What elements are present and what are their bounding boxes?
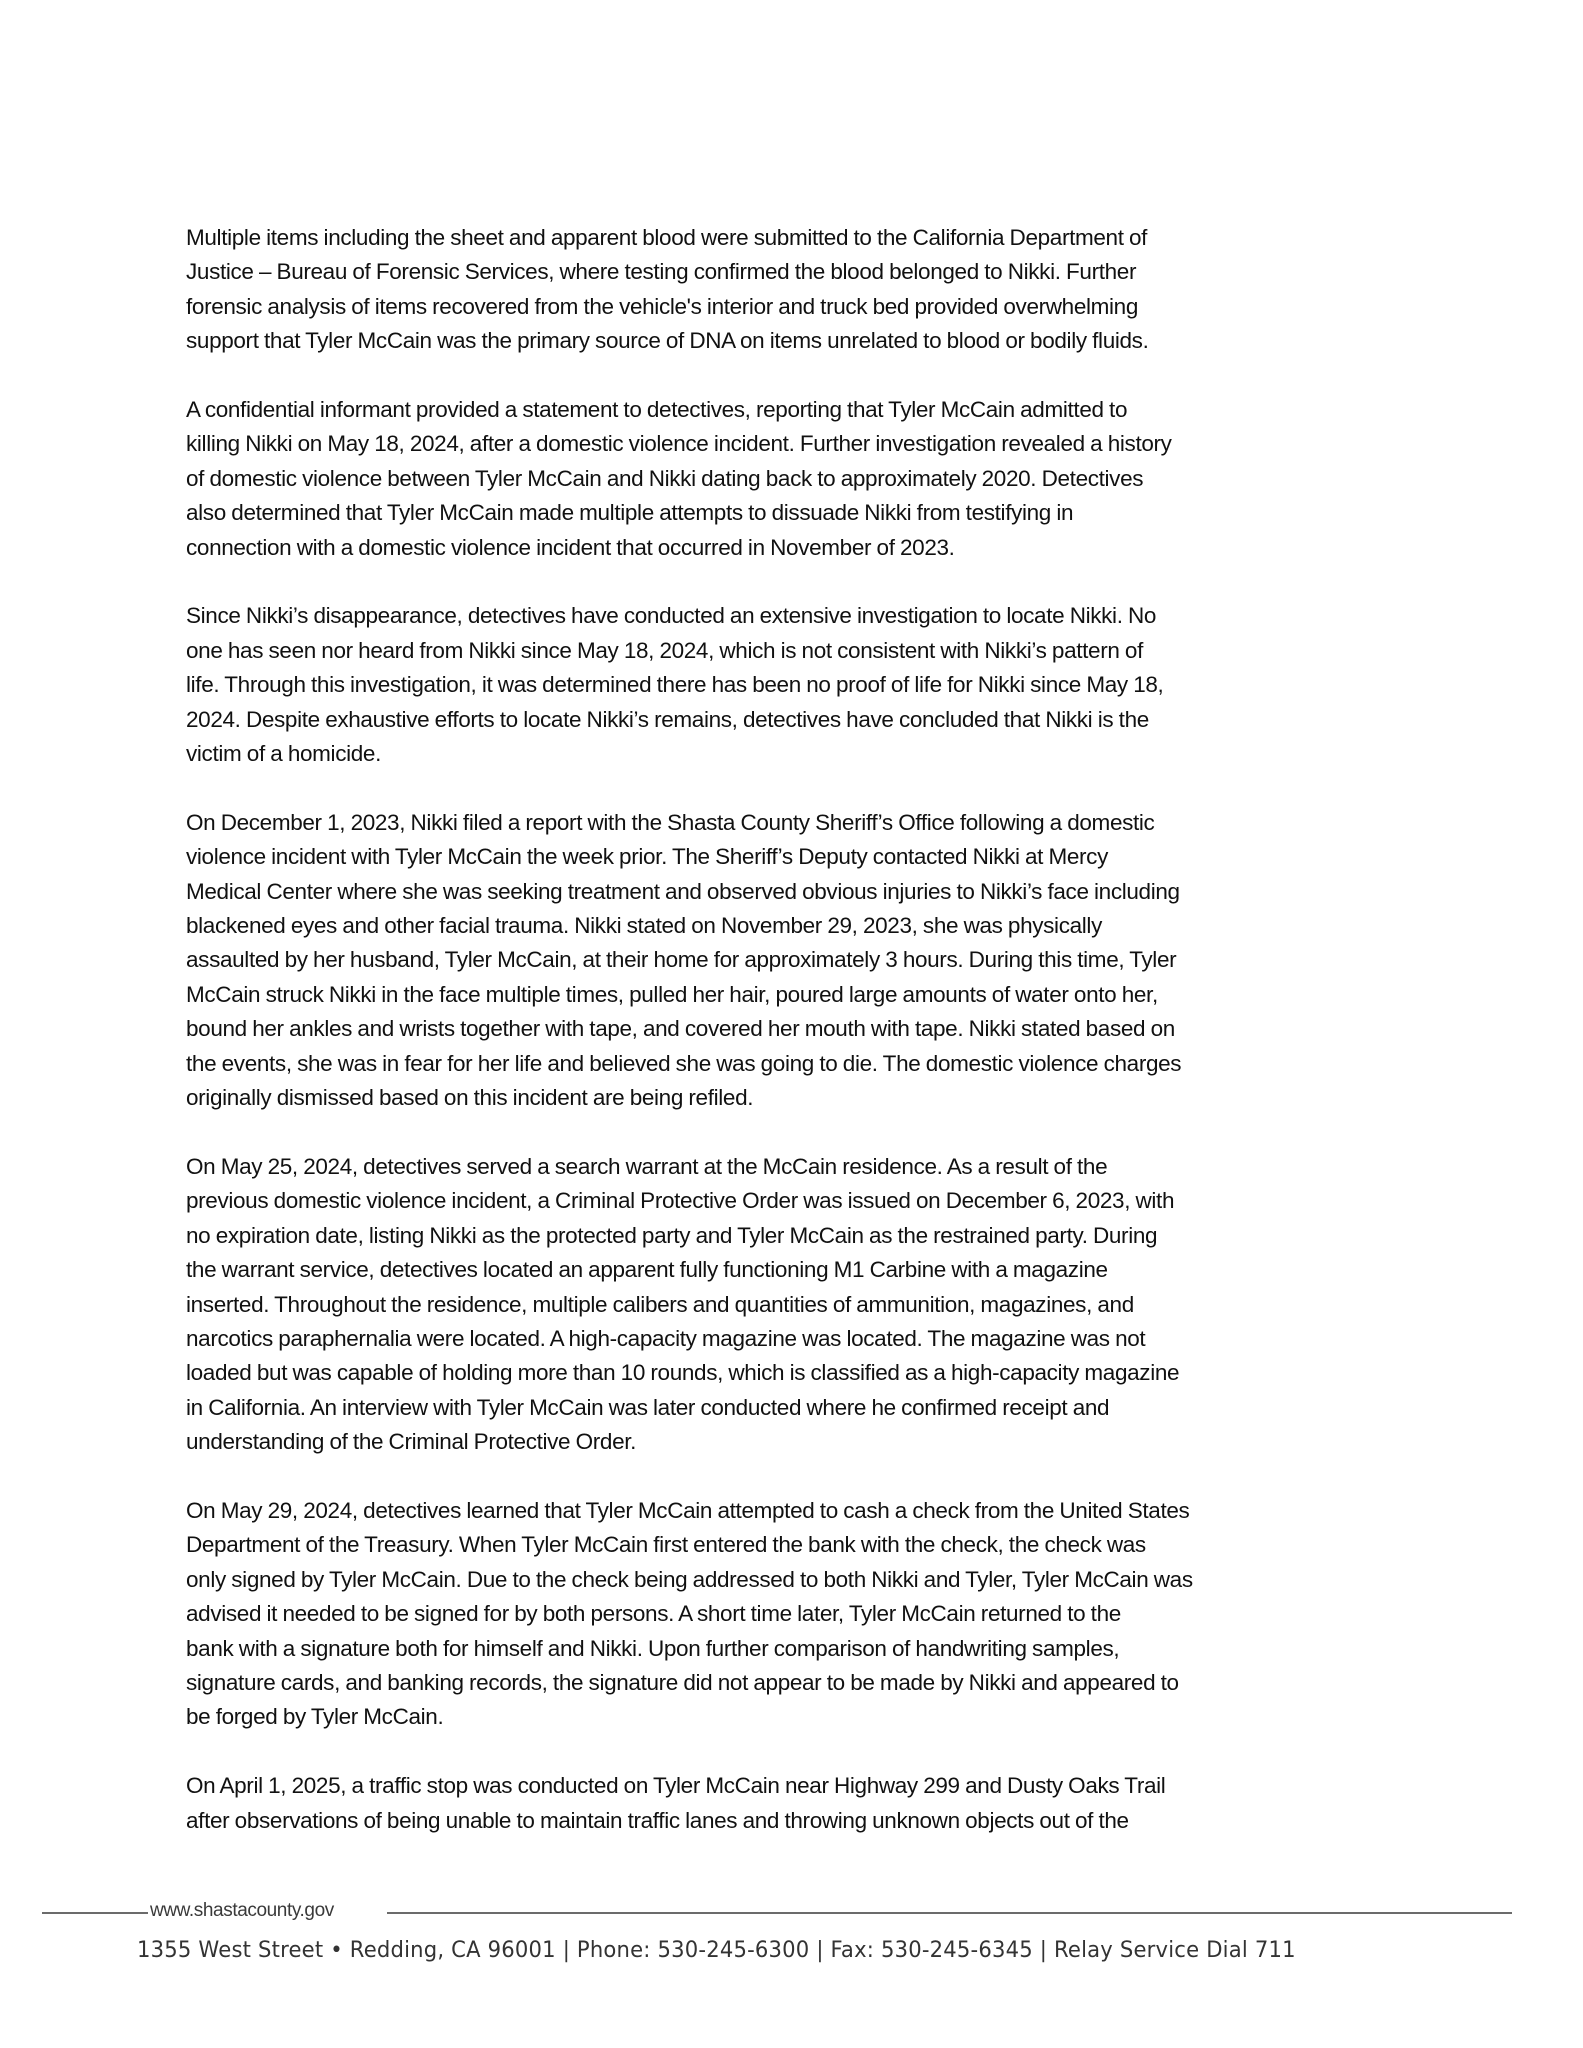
document-body: Multiple items including the sheet and a… — [186, 221, 1406, 1872]
text-line: of domestic violence between Tyler McCai… — [186, 462, 1406, 496]
paragraph-traffic-stop: On April 1, 2025, a traffic stop was con… — [186, 1769, 1406, 1838]
website-link[interactable]: www.shastacounty.gov — [150, 1900, 334, 1922]
text-line: 2024. Despite exhaustive efforts to loca… — [186, 703, 1406, 737]
text-line: On May 25, 2024, detectives served a sea… — [186, 1150, 1406, 1184]
text-line: killing Nikki on May 18, 2024, after a d… — [186, 427, 1406, 461]
text-line: connection with a domestic violence inci… — [186, 531, 1406, 565]
text-line: the warrant service, detectives located … — [186, 1253, 1406, 1287]
text-line: advised it needed to be signed for by bo… — [186, 1597, 1406, 1631]
text-line: blackened eyes and other facial trauma. … — [186, 909, 1406, 943]
footer-divider-left — [42, 1912, 148, 1914]
text-line: Multiple items including the sheet and a… — [186, 221, 1406, 255]
text-line: life. Through this investigation, it was… — [186, 668, 1406, 702]
text-line: A confidential informant provided a stat… — [186, 393, 1406, 427]
document-page: Multiple items including the sheet and a… — [0, 0, 1583, 2048]
text-line: McCain struck Nikki in the face multiple… — [186, 978, 1406, 1012]
text-line: only signed by Tyler McCain. Due to the … — [186, 1563, 1406, 1597]
text-line: loaded but was capable of holding more t… — [186, 1356, 1406, 1390]
text-line: forensic analysis of items recovered fro… — [186, 290, 1406, 324]
text-line: one has seen nor heard from Nikki since … — [186, 634, 1406, 668]
text-line: be forged by Tyler McCain. — [186, 1700, 1406, 1734]
text-line: Justice – Bureau of Forensic Services, w… — [186, 255, 1406, 289]
text-line: Department of the Treasury. When Tyler M… — [186, 1528, 1406, 1562]
text-line: signature cards, and banking records, th… — [186, 1666, 1406, 1700]
text-line: support that Tyler McCain was the primar… — [186, 324, 1406, 358]
text-line: in California. An interview with Tyler M… — [186, 1391, 1406, 1425]
text-line: bank with a signature both for himself a… — [186, 1632, 1406, 1666]
paragraph-check-forgery: On May 29, 2024, detectives learned that… — [186, 1494, 1406, 1735]
paragraph-disappearance: Since Nikki’s disappearance, detectives … — [186, 599, 1406, 771]
paragraph-search-warrant: On May 25, 2024, detectives served a sea… — [186, 1150, 1406, 1460]
paragraph-informant-statement: A confidential informant provided a stat… — [186, 393, 1406, 565]
text-line: On December 1, 2023, Nikki filed a repor… — [186, 806, 1406, 840]
text-line: violence incident with Tyler McCain the … — [186, 840, 1406, 874]
text-line: bound her ankles and wrists together wit… — [186, 1012, 1406, 1046]
text-line: no expiration date, listing Nikki as the… — [186, 1219, 1406, 1253]
text-line: previous domestic violence incident, a C… — [186, 1184, 1406, 1218]
text-line: after observations of being unable to ma… — [186, 1804, 1406, 1838]
text-line: assaulted by her husband, Tyler McCain, … — [186, 943, 1406, 977]
text-line: On April 1, 2025, a traffic stop was con… — [186, 1769, 1406, 1803]
paragraph-december-report: On December 1, 2023, Nikki filed a repor… — [186, 806, 1406, 1116]
text-line: the events, she was in fear for her life… — [186, 1047, 1406, 1081]
footer-divider-right — [387, 1912, 1512, 1914]
text-line: On May 29, 2024, detectives learned that… — [186, 1494, 1406, 1528]
text-line: understanding of the Criminal Protective… — [186, 1425, 1406, 1459]
text-line: inserted. Throughout the residence, mult… — [186, 1288, 1406, 1322]
text-line: also determined that Tyler McCain made m… — [186, 496, 1406, 530]
text-line: narcotics paraphernalia were located. A … — [186, 1322, 1406, 1356]
footer-rule-row: www.shastacounty.gov — [42, 1900, 1512, 1924]
text-line: victim of a homicide. — [186, 737, 1406, 771]
contact-info-line: 1355 West Street • Redding, CA 96001 | P… — [137, 1938, 1296, 1963]
text-line: Medical Center where she was seeking tre… — [186, 875, 1406, 909]
text-line: Since Nikki’s disappearance, detectives … — [186, 599, 1406, 633]
text-line: originally dismissed based on this incid… — [186, 1081, 1406, 1115]
paragraph-forensic-evidence: Multiple items including the sheet and a… — [186, 221, 1406, 359]
